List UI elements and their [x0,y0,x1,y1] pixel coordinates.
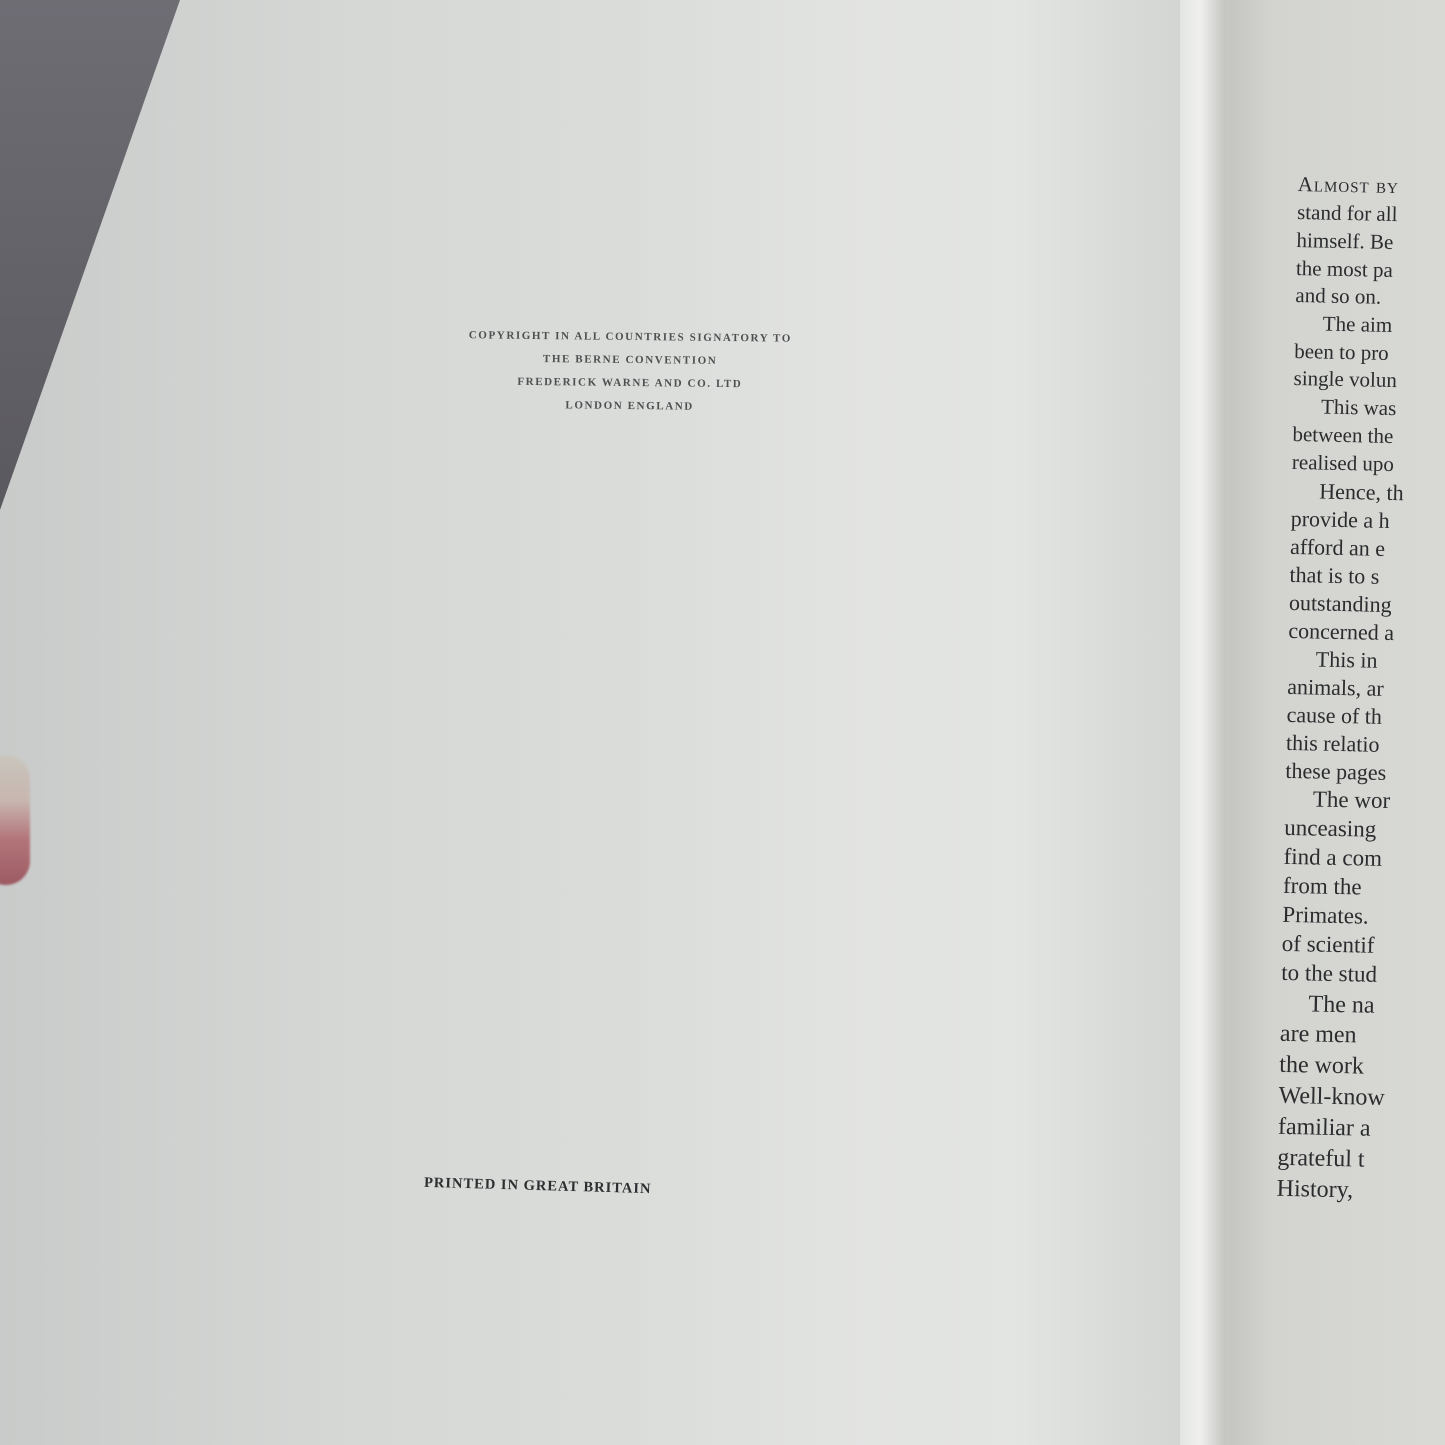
left-page [0,0,1200,1445]
preface-line: himself. Be [1296,228,1393,255]
preface-line: find a com [1283,844,1382,872]
preface-line: of scientif [1282,931,1375,959]
preface-line: this relatio [1286,730,1380,758]
preface-line: grateful t [1277,1145,1365,1174]
preface-line: afford an e [1290,534,1385,562]
preface-line: been to pro [1294,339,1389,366]
thumb-holding-page [0,755,30,885]
copyright-line: COPYRIGHT IN ALL COUNTRIES SIGNATORY TO [410,324,850,352]
copyright-notice: COPYRIGHT IN ALL COUNTRIES SIGNATORY TO … [410,324,851,421]
preface-line: are men [1280,1021,1357,1050]
preface-line: and so on. [1295,283,1381,310]
preface-line: outstanding [1289,590,1392,618]
preface-line: to the stud [1281,960,1377,988]
preface-line: between the [1292,422,1393,449]
preface-line: This in [1288,646,1378,674]
preface-line: The na [1280,991,1375,1020]
preface-line: single volun [1293,366,1397,393]
preface-line: The wor [1285,786,1391,814]
preface-line: these pages [1285,758,1386,786]
preface-line: Hence, th [1291,478,1404,506]
preface-line: Well-know [1278,1083,1385,1112]
preface-line: familiar a [1278,1114,1371,1143]
preface-line: from the [1283,873,1362,901]
preface-line: cause of th [1286,702,1382,730]
preface-line: the most pa [1296,256,1393,283]
preface-line: stand for all [1297,200,1398,227]
preface-line: the work [1279,1052,1364,1081]
preface-line: animals, ar [1287,674,1384,702]
preface-line: Almost by [1297,172,1399,199]
preface-line: realised upo [1292,450,1395,477]
location-line: LONDON ENGLAND [410,393,850,421]
preface-line: that is to s [1289,562,1379,590]
preface-line: provide a h [1290,506,1389,534]
preface-line: Primates. [1282,902,1369,930]
preface-line: The aim [1295,311,1393,338]
preface-line: concerned a [1288,618,1394,646]
preface-line: unceasing [1284,815,1376,843]
preface-line: This was [1293,394,1397,421]
preface-line: History, [1276,1176,1353,1205]
